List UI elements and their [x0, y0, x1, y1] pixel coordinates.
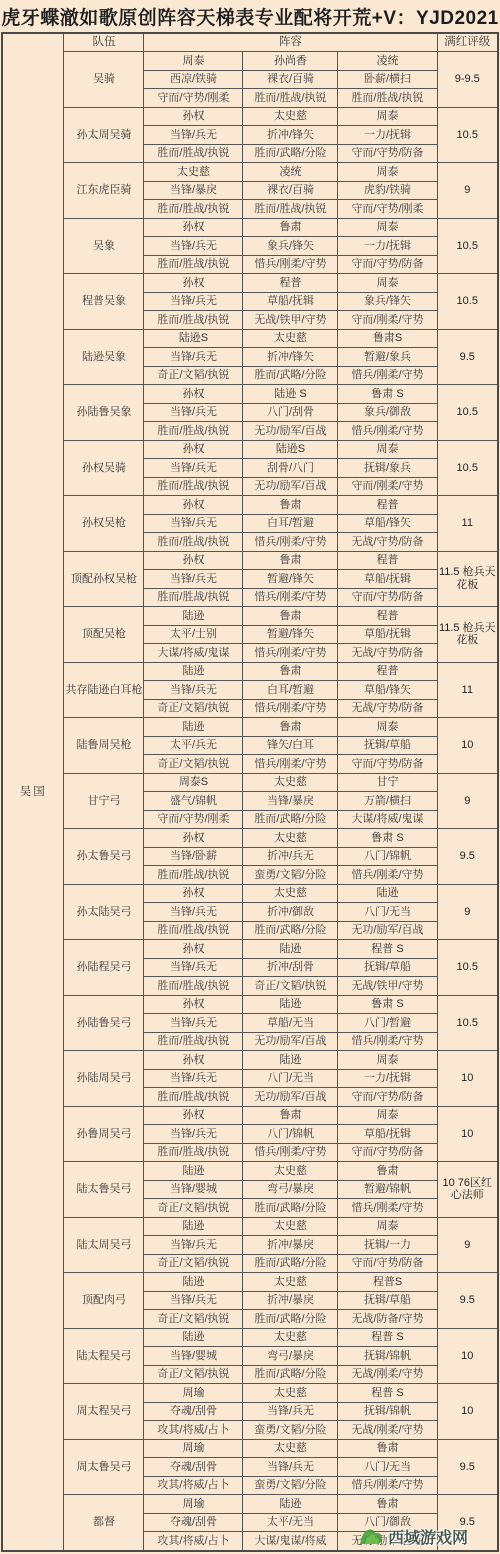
skill-cell: 草船/抚辑 — [338, 625, 437, 644]
warbook-cell: 胜而/胜战/执锐 — [144, 477, 243, 496]
warbook-cell: 胜而/武略/分险 — [243, 1199, 338, 1218]
team-row: 甘宁弓周泰S太史慈甘宁9 — [2, 773, 498, 792]
skill-cell: 象兵/锋矢 — [243, 237, 338, 256]
skill-cell: 当锋/兵无 — [144, 1014, 243, 1033]
hero-cell: 太史慈 — [243, 1328, 338, 1347]
hero-cell: 程普 — [338, 607, 437, 626]
hero-cell: 孙权 — [144, 440, 243, 459]
team-row: 顶配孙权吴枪孙权鲁肃程普11.5 枪兵天花板 — [2, 551, 498, 570]
hero-cell: 陆逊 — [144, 1217, 243, 1236]
hero-cell: 程普 S — [338, 1384, 437, 1403]
hero-cell: 鲁肃 — [243, 496, 338, 515]
hero-cell: 陆逊S — [144, 329, 243, 348]
skill-cell: 当锋/暴戾 — [144, 181, 243, 200]
rating-cell: 9 — [437, 1217, 498, 1273]
rating-cell: 10.5 — [437, 218, 498, 274]
team-name-cell: 陆太周吴弓 — [64, 1217, 144, 1273]
team-row: 周太程吴弓周瑜太史慈程普 S10 — [2, 1384, 498, 1403]
team-row: 陆太周吴弓陆逊太史慈周泰9 — [2, 1217, 498, 1236]
team-row: 陆鲁周吴枪陆逊鲁肃周泰10 — [2, 718, 498, 737]
team-name-cell: 吴骑 — [64, 52, 144, 108]
rating-cell: 11.5 枪兵天花板 — [437, 607, 498, 663]
hero-cell: 凌统 — [338, 52, 437, 71]
skill-cell: 夺魂/刮骨 — [144, 1402, 243, 1421]
hero-cell: 太史慈 — [243, 107, 338, 126]
skill-cell: 象兵/锋矢 — [338, 292, 437, 311]
warbook-cell: 胜而/武略/分险 — [243, 1310, 338, 1329]
skill-cell: 西凉/铁骑 — [144, 70, 243, 89]
hero-cell: 鲁肃 — [243, 218, 338, 237]
hero-cell: 鲁肃 — [243, 607, 338, 626]
hero-cell: 周泰 — [338, 1051, 437, 1070]
warbook-cell: 胜而/胜战/执锐 — [144, 533, 243, 552]
warbook-cell: 无战/刚柔/守势 — [338, 1421, 437, 1440]
column-header-lineup: 阵容 — [144, 33, 437, 52]
team-row: 孙权吴骑孙权陆逊S周泰10.5 — [2, 440, 498, 459]
hero-cell: 孙权 — [144, 218, 243, 237]
skill-cell: 当锋/兵无 — [144, 570, 243, 589]
team-row: 吴骑周泰孙尚香凌统9-9.5 — [2, 52, 498, 71]
skill-cell: 八门/御敌 — [338, 1513, 437, 1532]
warbook-cell: 胜而/胜战/执锐 — [144, 200, 243, 219]
hero-cell: 陆逊 — [144, 1328, 243, 1347]
skill-cell: 抚辑/锦帆 — [338, 1347, 437, 1366]
team-row: 孙陆程吴弓孙权陆逊程普 S10.5 — [2, 940, 498, 959]
hero-cell: 陆逊 S — [243, 385, 338, 404]
team-name-cell: 陆太鲁吴弓 — [64, 1162, 144, 1218]
team-name-cell: 孙陆程吴弓 — [64, 940, 144, 996]
hero-cell: 程普 S — [338, 1328, 437, 1347]
warbook-cell: 胜而/武略/分险 — [243, 810, 338, 829]
rating-cell: 10 76区红心法师 — [437, 1162, 498, 1218]
hero-cell: 孙权 — [144, 551, 243, 570]
hero-cell: 陆逊 — [243, 995, 338, 1014]
skill-cell: 当锋/兵无 — [144, 681, 243, 700]
team-name-cell: 孙太陆吴弓 — [64, 884, 144, 940]
skill-cell: 白耳/暂避 — [243, 514, 338, 533]
rating-cell: 10 — [437, 1106, 498, 1162]
skill-cell: 当锋/兵无 — [144, 514, 243, 533]
team-name-cell: 程普吴象 — [64, 274, 144, 330]
rating-cell: 10 — [437, 1051, 498, 1107]
warbook-cell: 惜兵/刚柔/守势 — [243, 533, 338, 552]
team-name-cell: 陆鲁周吴枪 — [64, 718, 144, 774]
rating-cell: 11 — [437, 662, 498, 718]
skill-cell: 折冲/兵无 — [243, 847, 338, 866]
warbook-cell: 攻其/将威/占卜 — [144, 1421, 243, 1440]
warbook-cell: 无战/铁甲/守势 — [243, 311, 338, 330]
hero-cell: 太史慈 — [243, 773, 338, 792]
team-name-cell: 周太程吴弓 — [64, 1384, 144, 1440]
warbook-cell: 胜而/胜战/执锐 — [144, 422, 243, 441]
skill-cell: 当锋/兵无 — [144, 403, 243, 422]
rating-cell: 10.5 — [437, 440, 498, 496]
hero-cell: 程普S — [338, 1273, 437, 1292]
table-header-row: 吴国 队伍 阵容 满红评级 — [2, 33, 498, 52]
team-name-cell: 陆太程吴弓 — [64, 1328, 144, 1384]
skill-cell: 一力/抚辑 — [338, 126, 437, 145]
hero-cell: 程普 — [243, 274, 338, 293]
team-name-cell: 共存陆逊白耳枪 — [64, 662, 144, 718]
hero-cell: 鲁肃 — [243, 1106, 338, 1125]
rating-cell: 9-9.5 — [437, 52, 498, 108]
warbook-cell: 胜而/胜战/执锐 — [144, 311, 243, 330]
hero-cell: 周泰S — [144, 773, 243, 792]
warbook-cell: 惜兵/刚柔/守势 — [338, 366, 437, 385]
hero-cell: 陆逊S — [243, 440, 338, 459]
team-row: 陆逊吴象陆逊S太史慈鲁肃S9.5 — [2, 329, 498, 348]
skill-cell: 当锋/兵无 — [144, 1125, 243, 1144]
team-name-cell: 周太鲁吴弓 — [64, 1439, 144, 1495]
warbook-cell: 胜而/胜战/执锐 — [144, 1032, 243, 1051]
column-header-rating: 满红评级 — [437, 33, 498, 52]
hero-cell: 陆逊 — [338, 884, 437, 903]
skill-cell: 八门/暂避 — [338, 1014, 437, 1033]
skill-cell: 暂避/锋矢 — [243, 570, 338, 589]
team-row: 孙权吴枪孙权鲁肃程普11 — [2, 496, 498, 515]
team-row: 程普吴象孙权程普周泰10.5 — [2, 274, 498, 293]
skill-cell: 一力/抚辑 — [338, 237, 437, 256]
warbook-cell: 奇正/文韬/执锐 — [144, 699, 243, 718]
skill-cell: 夺魂/刮骨 — [144, 1513, 243, 1532]
team-row: 陆太鲁吴弓陆逊太史慈鲁肃10 76区红心法师 — [2, 1162, 498, 1181]
skill-cell: 虎豹/铁骑 — [338, 181, 437, 200]
hero-cell: 陆逊 — [144, 1273, 243, 1292]
skill-cell: 夺魂/刮骨 — [144, 1458, 243, 1477]
warbook-cell: 守而/守势/防备 — [338, 1143, 437, 1162]
skill-cell: 暂避/锋矢 — [243, 625, 338, 644]
hero-cell: 周瑜 — [144, 1495, 243, 1514]
team-name-cell: 顶配吴枪 — [64, 607, 144, 663]
hero-cell: 孙权 — [144, 884, 243, 903]
warbook-cell: 守而/守势/防备 — [338, 255, 437, 274]
rating-cell: 10.5 — [437, 940, 498, 996]
skill-cell: 当锋/兵无 — [144, 126, 243, 145]
skill-cell: 裸衣/百骑 — [243, 181, 338, 200]
hero-cell: 鲁肃S — [338, 329, 437, 348]
hero-cell: 陆逊 — [243, 1495, 338, 1514]
hero-cell: 程普 — [338, 662, 437, 681]
warbook-cell: 守而/守势/刚柔 — [144, 810, 243, 829]
skill-cell: 当锋/婴城 — [144, 1347, 243, 1366]
team-row: 孙鲁周吴弓孙权鲁肃周泰10 — [2, 1106, 498, 1125]
team-row: 孙太周吴骑孙权太史慈周泰10.5 — [2, 107, 498, 126]
warbook-cell: 奇正/文韬/执锐 — [144, 1310, 243, 1329]
team-name-cell: 陆逊吴象 — [64, 329, 144, 385]
hero-cell: 周瑜 — [144, 1384, 243, 1403]
rating-cell: 10.5 — [437, 995, 498, 1051]
skill-cell: 当锋/兵无 — [144, 237, 243, 256]
hero-cell: 孙权 — [144, 274, 243, 293]
skill-cell: 八门/刮骨 — [243, 403, 338, 422]
skill-cell: 当锋/兵无 — [144, 292, 243, 311]
warbook-cell: 无战/防备/守势 — [338, 1310, 437, 1329]
warbook-cell: 胜而/胜战/执锐 — [144, 866, 243, 885]
warbook-cell: 胜而/胜战/执锐 — [144, 977, 243, 996]
hero-cell: 孙权 — [144, 496, 243, 515]
warbook-cell: 无功/励军/百战 — [243, 422, 338, 441]
skill-cell: 当锋/暴戾 — [243, 792, 338, 811]
hero-cell: 太史慈 — [243, 829, 338, 848]
hero-cell: 孙权 — [144, 1051, 243, 1070]
hero-cell: 周泰 — [338, 274, 437, 293]
skill-cell: 当锋/兵无 — [144, 903, 243, 922]
team-name-cell: 孙太鲁吴弓 — [64, 829, 144, 885]
skill-cell: 折冲/暴戾 — [243, 1236, 338, 1255]
warbook-cell: 惜兵/刚柔/守势 — [243, 588, 338, 607]
rating-cell: 9 — [437, 884, 498, 940]
hero-cell: 程普 — [338, 551, 437, 570]
warbook-cell: 守而/守势/防备 — [338, 1088, 437, 1107]
warbook-cell: 守而/守势/防备 — [338, 144, 437, 163]
hero-cell: 太史慈 — [243, 1162, 338, 1181]
skill-cell: 卧薪/横扫 — [338, 70, 437, 89]
skill-cell: 弯弓/暴戾 — [243, 1180, 338, 1199]
warbook-cell: 攻其/将威/占卜 — [144, 1476, 243, 1495]
skill-cell: 当锋/兵无 — [144, 1069, 243, 1088]
team-name-cell: 孙太周吴骑 — [64, 107, 144, 163]
hero-cell: 孙权 — [144, 829, 243, 848]
hero-cell: 太史慈 — [243, 1384, 338, 1403]
skill-cell: 折冲/暴戾 — [243, 1291, 338, 1310]
rating-cell: 10.5 — [437, 274, 498, 330]
warbook-cell: 惜兵/刚柔/守势 — [338, 1032, 437, 1051]
hero-cell: 鲁肃 S — [338, 995, 437, 1014]
rating-cell: 10 — [437, 718, 498, 774]
team-row: 顶配肉弓陆逊太史慈程普S9.5 — [2, 1273, 498, 1292]
hero-cell: 陆逊 — [144, 1162, 243, 1181]
skill-cell: 暂避/锦帆 — [338, 1180, 437, 1199]
hero-cell: 鲁肃 S — [338, 385, 437, 404]
hero-cell: 凌统 — [243, 163, 338, 182]
skill-cell: 折冲/锋矢 — [243, 126, 338, 145]
hero-cell: 陆逊 — [144, 662, 243, 681]
rating-cell: 9.5 — [437, 829, 498, 885]
hero-cell: 孙权 — [144, 107, 243, 126]
warbook-cell: 奇正/文韬/执锐 — [144, 755, 243, 774]
hero-cell: 孙权 — [144, 385, 243, 404]
hero-cell: 太史慈 — [243, 884, 338, 903]
hero-cell: 鲁肃 — [338, 1162, 437, 1181]
warbook-cell: 惜兵/刚柔/守势 — [243, 755, 338, 774]
skill-cell: 抚辑/锦帆 — [338, 1402, 437, 1421]
skill-cell: 草船/抚辑 — [338, 1125, 437, 1144]
warbook-cell: 惜兵/刚柔/守势 — [243, 1143, 338, 1162]
warbook-cell: 胜而/胜战/执锐 — [243, 200, 338, 219]
hero-cell: 程普 S — [338, 940, 437, 959]
skill-cell: 当锋/兵无 — [144, 348, 243, 367]
skill-cell: 刮骨/八门 — [243, 459, 338, 478]
warbook-cell: 守而/刚柔/守势 — [338, 477, 437, 496]
warbook-cell: 胜而/胜战/执锐 — [144, 588, 243, 607]
warbook-cell: 胜而/武略/分险 — [243, 366, 338, 385]
warbook-cell: 无功/励军/百战 — [338, 1532, 437, 1552]
hero-cell: 鲁肃 — [338, 1439, 437, 1458]
skill-cell: 太平/士别 — [144, 625, 243, 644]
skill-cell: 草船/无当 — [243, 1014, 338, 1033]
skill-cell: 草船/锋矢 — [338, 681, 437, 700]
hero-cell: 周泰 — [338, 163, 437, 182]
skill-cell: 太平/兵无 — [144, 736, 243, 755]
skill-cell: 万箭/横扫 — [338, 792, 437, 811]
rating-cell: 10 — [437, 1384, 498, 1440]
hero-cell: 鲁肃 — [243, 551, 338, 570]
warbook-cell: 守而/守势/防备 — [338, 755, 437, 774]
team-row: 陆太程吴弓陆逊太史慈程普 S10 — [2, 1328, 498, 1347]
warbook-cell: 胜而/胜战/执锐 — [338, 89, 437, 108]
rating-cell: 9.5 — [437, 1273, 498, 1329]
skill-cell: 锋矢/白耳 — [243, 736, 338, 755]
hero-cell: 陆逊 — [144, 607, 243, 626]
kingdom-label: 吴国 — [2, 33, 64, 1551]
warbook-cell: 胜而/武略/分险 — [243, 921, 338, 940]
skill-cell: 弯弓/暴戾 — [243, 1347, 338, 1366]
team-name-cell: 孙权吴骑 — [64, 440, 144, 496]
warbook-cell: 无战/守势/防备 — [338, 644, 437, 663]
hero-cell: 鲁肃 — [338, 1495, 437, 1514]
skill-cell: 暂避/象兵 — [338, 348, 437, 367]
skill-cell: 抚辑/草船 — [338, 958, 437, 977]
warbook-cell: 胜而/胜战/执锐 — [144, 1143, 243, 1162]
team-name-cell: 甘宁弓 — [64, 773, 144, 829]
hero-cell: 太史慈 — [243, 329, 338, 348]
warbook-cell: 攻其/将威/占卜 — [144, 1532, 243, 1552]
skill-cell: 八门/无当 — [338, 903, 437, 922]
skill-cell: 当锋/卧薪 — [144, 847, 243, 866]
skill-cell: 当锋/兵无 — [243, 1402, 338, 1421]
team-row: 孙太陆吴弓孙权太史慈陆逊9 — [2, 884, 498, 903]
warbook-cell: 无功/励军/百战 — [243, 1032, 338, 1051]
skill-cell: 八门/锦帆 — [338, 847, 437, 866]
rating-cell: 9.5 — [437, 329, 498, 385]
warbook-cell: 无功/励军/百战 — [243, 1088, 338, 1107]
warbook-cell: 惜兵/刚柔/守势 — [338, 422, 437, 441]
warbook-cell: 奇正/文韬/执锐 — [144, 366, 243, 385]
hero-cell: 鲁肃 — [243, 662, 338, 681]
warbook-cell: 守而/刚柔/守势 — [338, 311, 437, 330]
team-name-cell: 江东虎臣骑 — [64, 163, 144, 219]
skill-cell: 草船/抚辑 — [338, 570, 437, 589]
skill-cell: 白耳/暂避 — [243, 681, 338, 700]
warbook-cell: 无战/守势/防备 — [338, 699, 437, 718]
warbook-cell: 惜兵/刚柔/守势 — [338, 1476, 437, 1495]
hero-cell: 太史慈 — [243, 1273, 338, 1292]
warbook-cell: 惜兵/刚柔/守势 — [243, 644, 338, 663]
warbook-cell: 无功/励军/百战 — [243, 477, 338, 496]
skill-cell: 折冲/御敌 — [243, 903, 338, 922]
hero-cell: 陆逊 — [144, 718, 243, 737]
team-name-cell: 都督 — [64, 1495, 144, 1552]
team-row: 孙太鲁吴弓孙权太史慈鲁肃 S9.5 — [2, 829, 498, 848]
hero-cell: 周泰 — [338, 440, 437, 459]
warbook-cell: 守而/守势/刚柔 — [144, 89, 243, 108]
skill-cell: 象兵/御敌 — [338, 403, 437, 422]
warbook-cell: 胜而/胜战/执锐 — [144, 1088, 243, 1107]
rating-cell: 11.5 枪兵天花板 — [437, 551, 498, 607]
rating-cell: 10 — [437, 1328, 498, 1384]
tier-list-page: 虎牙蝶澈如歌原创阵容天梯表专业配将开荒+V：YJD2021 吴国 队伍 阵容 满… — [0, 0, 500, 1554]
skill-cell: 当锋/兵无 — [144, 1291, 243, 1310]
team-name-cell: 吴象 — [64, 218, 144, 274]
warbook-cell: 奇正/文韬/执锐 — [144, 1365, 243, 1384]
rating-cell: 9 — [437, 773, 498, 829]
hero-cell: 陆逊 — [243, 940, 338, 959]
warbook-cell: 惜兵/刚柔/守势 — [243, 255, 338, 274]
warbook-cell: 惜兵/刚柔/守势 — [243, 699, 338, 718]
team-row: 共存陆逊白耳枪陆逊鲁肃程普11 — [2, 662, 498, 681]
hero-cell: 孙权 — [144, 995, 243, 1014]
team-name-cell: 孙鲁周吴弓 — [64, 1106, 144, 1162]
rating-cell: 10.5 — [437, 385, 498, 441]
rating-cell: 9.5 — [437, 1495, 498, 1552]
skill-cell: 当锋/兵无 — [243, 1458, 338, 1477]
hero-cell: 孙尚香 — [243, 52, 338, 71]
warbook-cell: 大谋/将威/鬼谋 — [338, 810, 437, 829]
warbook-cell: 无战/刚柔/守势 — [338, 1365, 437, 1384]
team-row: 顶配吴枪陆逊鲁肃程普11.5 枪兵天花板 — [2, 607, 498, 626]
hero-cell: 周泰 — [338, 1217, 437, 1236]
warbook-cell: 胜而/胜战/执锐 — [144, 255, 243, 274]
hero-cell: 甘宁 — [338, 773, 437, 792]
warbook-cell: 大谋/将威/鬼谋 — [144, 644, 243, 663]
hero-cell: 鲁肃 S — [338, 829, 437, 848]
team-name-cell: 孙陆周吴弓 — [64, 1051, 144, 1107]
team-name-cell: 孙陆鲁吴弓 — [64, 995, 144, 1051]
warbook-cell: 惜兵/刚柔/守势 — [338, 1199, 437, 1218]
team-name-cell: 顶配肉弓 — [64, 1273, 144, 1329]
hero-cell: 陆逊 — [243, 1051, 338, 1070]
warbook-cell: 胜而/胜战/执锐 — [144, 921, 243, 940]
warbook-cell: 惜兵/刚柔/守势 — [338, 866, 437, 885]
skill-cell: 当锋/婴城 — [144, 1180, 243, 1199]
warbook-cell: 无功/励军/百战 — [338, 921, 437, 940]
skill-cell: 折冲/锋矢 — [243, 348, 338, 367]
skill-cell: 八门/无当 — [243, 1069, 338, 1088]
rating-cell: 11 — [437, 496, 498, 552]
team-row: 周太鲁吴弓周瑜太史慈鲁肃9.5 — [2, 1439, 498, 1458]
hero-cell: 孙权 — [144, 1106, 243, 1125]
hero-cell: 周泰 — [338, 1106, 437, 1125]
warbook-cell: 守而/守势/刚柔 — [338, 200, 437, 219]
hero-cell: 孙权 — [144, 940, 243, 959]
warbook-cell: 胜而/胜战/执锐 — [144, 144, 243, 163]
team-name-cell: 顶配孙权吴枪 — [64, 551, 144, 607]
column-header-team: 队伍 — [64, 33, 144, 52]
skill-cell: 八门/无当 — [338, 1458, 437, 1477]
skill-cell: 草船/锋矢 — [338, 514, 437, 533]
hero-cell: 程普 — [338, 496, 437, 515]
warbook-cell: 奇正/文韬/执锐 — [144, 1254, 243, 1273]
team-row: 孙陆鲁吴象孙权陆逊 S鲁肃 S10.5 — [2, 385, 498, 404]
team-row: 孙陆鲁吴弓孙权陆逊鲁肃 S10.5 — [2, 995, 498, 1014]
skill-cell: 当锋/兵无 — [144, 459, 243, 478]
team-row: 都督周瑜陆逊鲁肃9.5 — [2, 1495, 498, 1514]
skill-cell: 八门/锦帆 — [243, 1125, 338, 1144]
skill-cell: 抚辑/草船 — [338, 736, 437, 755]
rating-cell: 9.5 — [437, 1439, 498, 1495]
skill-cell: 抚辑/一力 — [338, 1236, 437, 1255]
skill-cell: 折冲/刮骨 — [243, 958, 338, 977]
hero-cell: 太史慈 — [243, 1439, 338, 1458]
warbook-cell: 胜而/武略/分险 — [243, 1365, 338, 1384]
warbook-cell: 守而/守势/防备 — [338, 1254, 437, 1273]
rating-cell: 9 — [437, 163, 498, 219]
team-name-cell: 孙陆鲁吴象 — [64, 385, 144, 441]
warbook-cell: 无战/铁甲/守势 — [338, 977, 437, 996]
warbook-cell: 胜而/武略/分险 — [243, 1254, 338, 1273]
warbook-cell: 蛮勇/文韬/分险 — [243, 866, 338, 885]
hero-cell: 太史慈 — [243, 1217, 338, 1236]
